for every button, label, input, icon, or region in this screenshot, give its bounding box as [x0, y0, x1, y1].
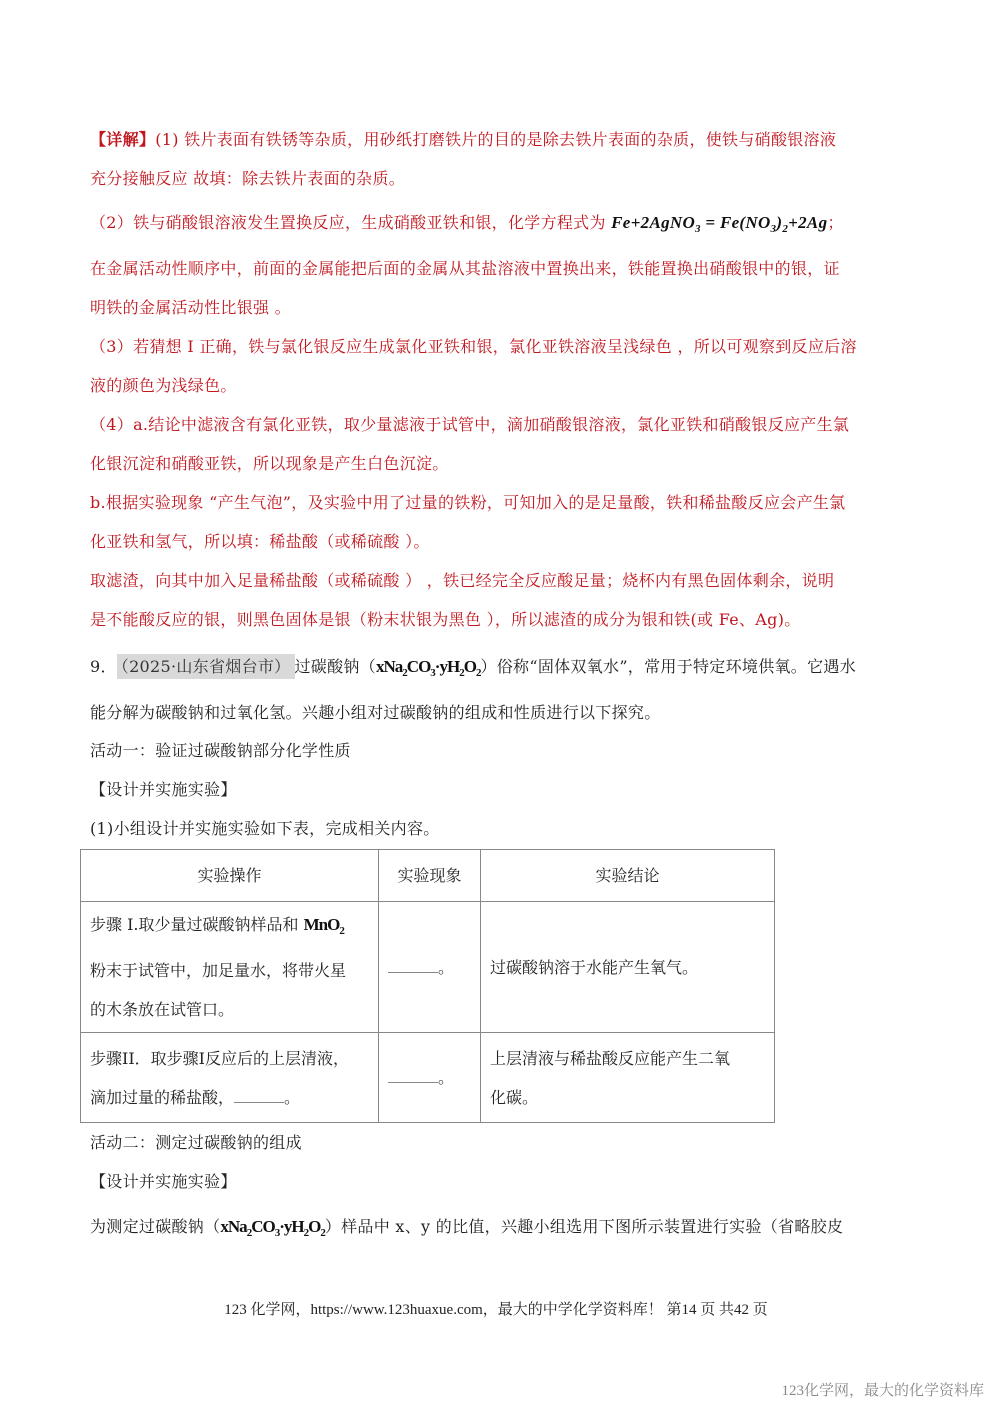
explanation-p2-line1: （2）铁与硝酸银溶液发生置换反应，生成硝酸亚铁和银，化学方程式为 Fe+2AgN… [90, 213, 844, 239]
explanation-p3-line2: 液的颜色为浅绿色。 [90, 376, 237, 396]
table-header-operation: 实验操作 [81, 850, 379, 902]
design-heading-2: 【设计并实施实验】 [90, 1172, 237, 1192]
question-source-tag: （2025·山东省烟台市） [117, 654, 295, 679]
explanation-p3-line1: （3）若猜想 I 正确，铁与氯化银反应生成氯化亚铁和银，氯化亚铁溶液呈浅绿色 ，… [90, 337, 857, 357]
watermark: 123化学网，最大的化学资料库 [781, 1379, 984, 1400]
question-9-line2: 能分解为碳酸钠和过氧化氢。兴趣小组对过碳酸钠的组成和性质进行以下探究。 [90, 703, 661, 723]
explanation-p4-line2: 化银沉淀和硝酸亚铁，所以现象是产生白色沉淀。 [90, 454, 449, 474]
answer-blank[interactable] [388, 958, 438, 973]
activity-2-title: 活动二：测定过碳酸钠的组成 [90, 1133, 302, 1153]
step2-operation: 步骤II．取步骤I反应后的上层清液， 滴加过量的稀盐酸，。 [81, 1033, 379, 1123]
explanation-label: 【详解】 [90, 130, 155, 149]
table-row: 步骤 I.取少量过碳酸钠样品和 MnO2 粉末于试管中，加足量水，将带火星 的木… [81, 902, 775, 1033]
step1-conclusion: 过碳酸钠溶于水能产生氧气。 [481, 902, 775, 1033]
explanation-p1-line1: 【详解】(1) 铁片表面有铁锈等杂质，用砂纸打磨铁片的目的是除去铁片表面的杂质，… [90, 130, 836, 150]
step1-phenomenon: 。 [379, 902, 481, 1033]
explanation-p6-line1: 取滤渣，向其中加入足量稀盐酸（或稀硫酸 ） ，铁已经完全反应酸足量；烧杯内有黑色… [90, 571, 834, 591]
answer-blank[interactable] [234, 1088, 284, 1103]
step1-operation: 步骤 I.取少量过碳酸钠样品和 MnO2 粉末于试管中，加足量水，将带火星 的木… [81, 902, 379, 1033]
design-heading-1: 【设计并实施实验】 [90, 780, 237, 800]
table-header-conclusion: 实验结论 [481, 850, 775, 902]
explanation-p1-line2: 充分接触反应 故填：除去铁片表面的杂质。 [90, 169, 405, 189]
explanation-p4-line1: （4）a.结论中滤液含有氯化亚铁，取少量滤液于试管中，滴加硝酸银溶液，氯化亚铁和… [90, 415, 849, 435]
document-page: 【详解】(1) 铁片表面有铁锈等杂质，用砂纸打磨铁片的目的是除去铁片表面的杂质，… [0, 0, 992, 1403]
experiment-table: 实验操作 实验现象 实验结论 步骤 I.取少量过碳酸钠样品和 MnO2 粉末于试… [80, 849, 775, 1123]
sodium-percarbonate-formula: xNa2CO3·yH2O2 [376, 657, 480, 676]
chemical-equation: Fe+2AgNO3 = Fe(NO3)2+2Ag [611, 213, 827, 232]
table-row: 步骤II．取步骤I反应后的上层清液， 滴加过量的稀盐酸，。 。 上层清液与稀盐酸… [81, 1033, 775, 1123]
explanation-p5-line1: b.根据实验现象 “产生气泡”，及实验中用了过量的铁粉，可知加入的是足量酸，铁和… [90, 493, 845, 513]
answer-blank[interactable] [388, 1068, 438, 1083]
question-9-line1: 9．（2025·山东省烟台市）过碳酸钠（xNa2CO3·yH2O2）俗称“固体双… [90, 657, 856, 683]
table-header-phenomenon: 实验现象 [379, 850, 481, 902]
task-1: (1)小组设计并实施实验如下表，完成相关内容。 [90, 819, 440, 839]
explanation-p2-line3: 明铁的金属活动性比银强 。 [90, 298, 291, 318]
question-9-last-line: 为测定过碳酸钠（xNa2CO3·yH2O2）样品中 x、y 的比值，兴趣小组选用… [90, 1217, 843, 1243]
question-number: 9． [90, 657, 117, 676]
sodium-percarbonate-formula: xNa2CO3·yH2O2 [220, 1217, 324, 1236]
step2-phenomenon: 。 [379, 1033, 481, 1123]
explanation-p6-line2: 是不能酸反应的银，则黑色固体是银（粉末状银为黑色 ），所以滤渣的成分为银和铁(或… [90, 610, 801, 630]
activity-1-title: 活动一：验证过碳酸钠部分化学性质 [90, 741, 351, 761]
explanation-p2-line2: 在金属活动性顺序中，前面的金属能把后面的金属从其盐溶液中置换出来，铁能置换出硝酸… [90, 259, 840, 279]
explanation-p5-line2: 化亚铁和氢气，所以填：稀盐酸（或稀硫酸 ）。 [90, 532, 430, 552]
page-footer: 123 化学网，https://www.123huaxue.com，最大的中学化… [0, 1298, 992, 1319]
table-header-row: 实验操作 实验现象 实验结论 [81, 850, 775, 902]
step2-conclusion: 上层清液与稀盐酸反应能产生二氧 化碳。 [481, 1033, 775, 1123]
